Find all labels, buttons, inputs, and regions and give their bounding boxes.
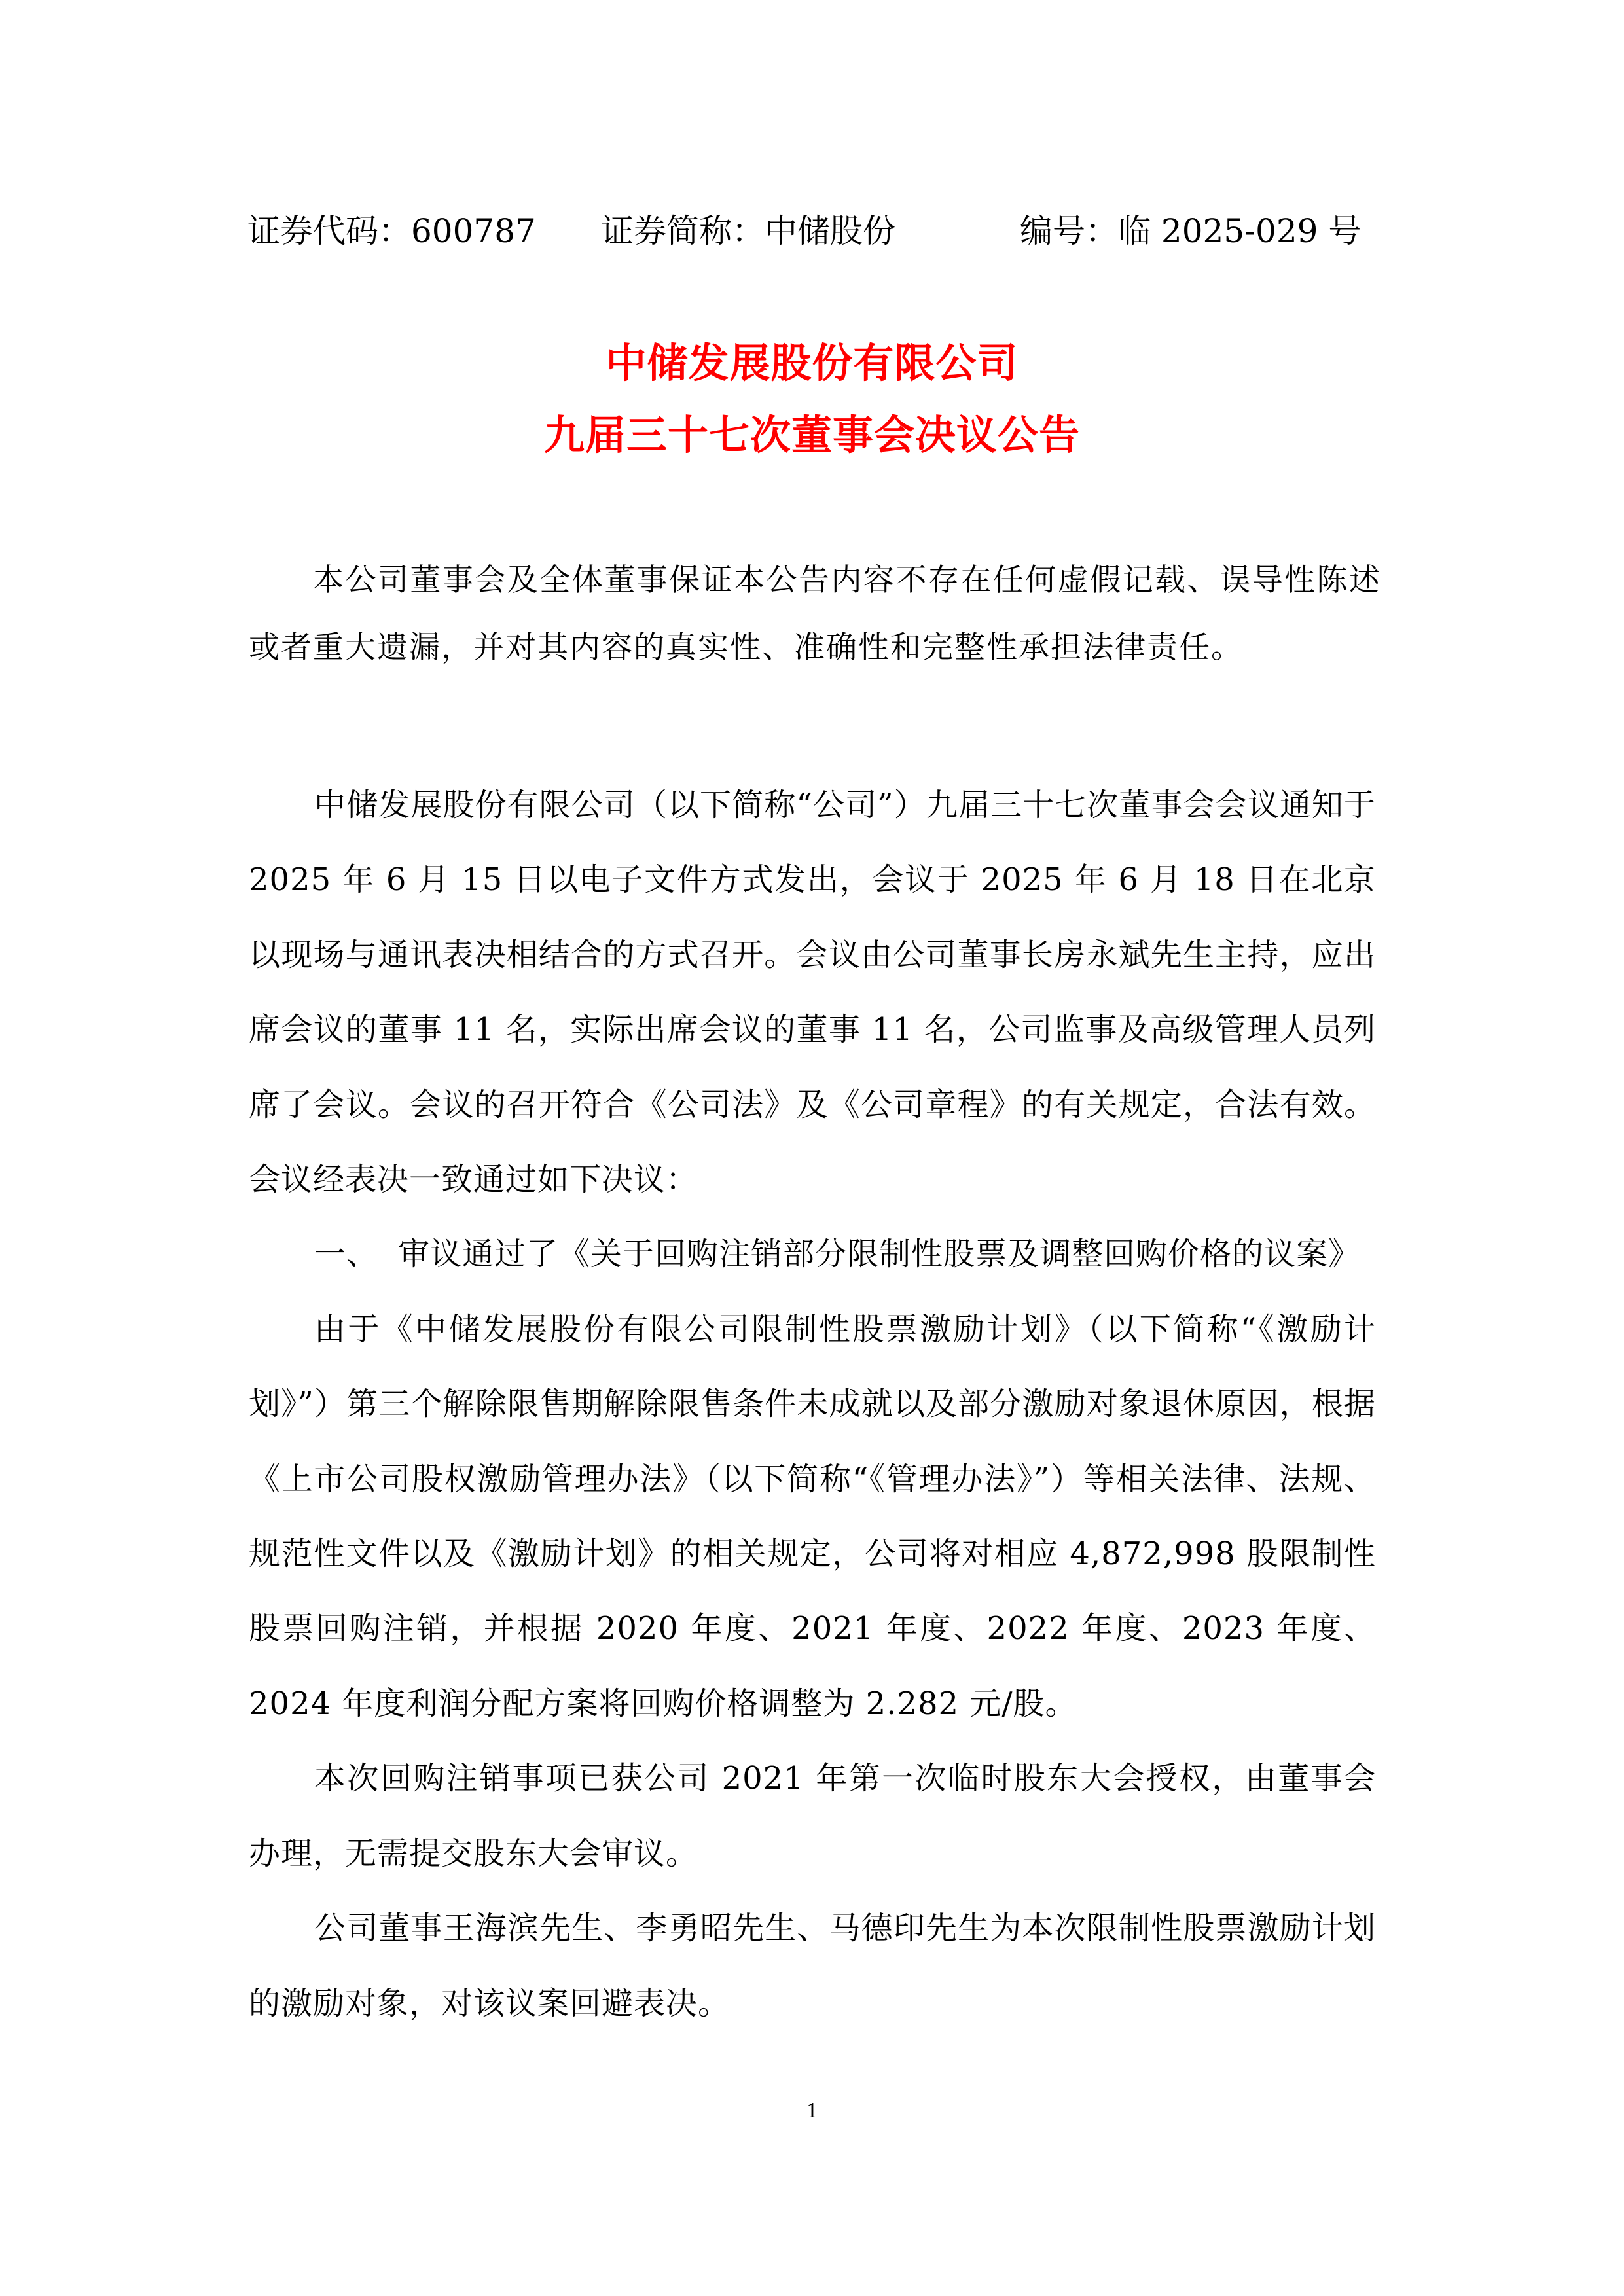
company-name-title: 中储发展股份有限公司 bbox=[0, 327, 1624, 399]
resolution-ordinal: 一、 bbox=[314, 1236, 378, 1272]
resolution-paragraph: 由于《中储发展股份有限公司限制性股票激励计划》（以下简称“《激励计划》”）第三个… bbox=[249, 1292, 1376, 1741]
resolution-paragraph: 公司董事王海滨先生、李勇昭先生、马德印先生为本次限制性股票激励计划的激励对象，对… bbox=[249, 1891, 1376, 2041]
security-abbr-label: 证券简称： bbox=[601, 212, 765, 250]
document-page: 证券代码：600787 证券简称：中储股份 编号：临 2025-029 号 中储… bbox=[0, 0, 1624, 2296]
resolution-paragraph: 本次回购注销事项已获公司 2021 年第一次临时股东大会授权，由董事会办理，无需… bbox=[249, 1741, 1376, 1891]
security-abbr-value: 中储股份 bbox=[765, 212, 895, 250]
doc-number-value: 临 2025-029 号 bbox=[1118, 212, 1361, 250]
announcement-header: 证券代码：600787 证券简称：中储股份 编号：临 2025-029 号 bbox=[247, 208, 1386, 254]
document-number: 编号：临 2025-029 号 bbox=[1020, 208, 1361, 254]
board-guarantee-statement: 本公司董事会及全体董事保证本公告内容不存在任何虚假记载、误导性陈述或者重大遗漏，… bbox=[249, 547, 1381, 681]
resolution-heading: 一、审议通过了《关于回购注销部分限制性股票及调整回购价格的议案》 bbox=[249, 1217, 1376, 1291]
meeting-intro-paragraph: 中储发展股份有限公司（以下简称“公司”）九届三十七次董事会会议通知于 2025 … bbox=[249, 768, 1376, 1217]
security-code-value: 600787 bbox=[411, 212, 536, 250]
security-code: 证券代码：600787 bbox=[247, 208, 601, 254]
security-code-label: 证券代码： bbox=[247, 212, 411, 250]
announcement-body: 中储发展股份有限公司（以下简称“公司”）九届三十七次董事会会议通知于 2025 … bbox=[249, 768, 1376, 2041]
page-number: 1 bbox=[0, 2098, 1624, 2124]
resolution-title: 审议通过了《关于回购注销部分限制性股票及调整回购价格的议案》 bbox=[398, 1236, 1360, 1272]
doc-number-label: 编号： bbox=[1020, 212, 1118, 250]
announcement-title: 九届三十七次董事会决议公告 bbox=[0, 399, 1624, 471]
security-abbreviation: 证券简称：中储股份 bbox=[601, 208, 1020, 254]
